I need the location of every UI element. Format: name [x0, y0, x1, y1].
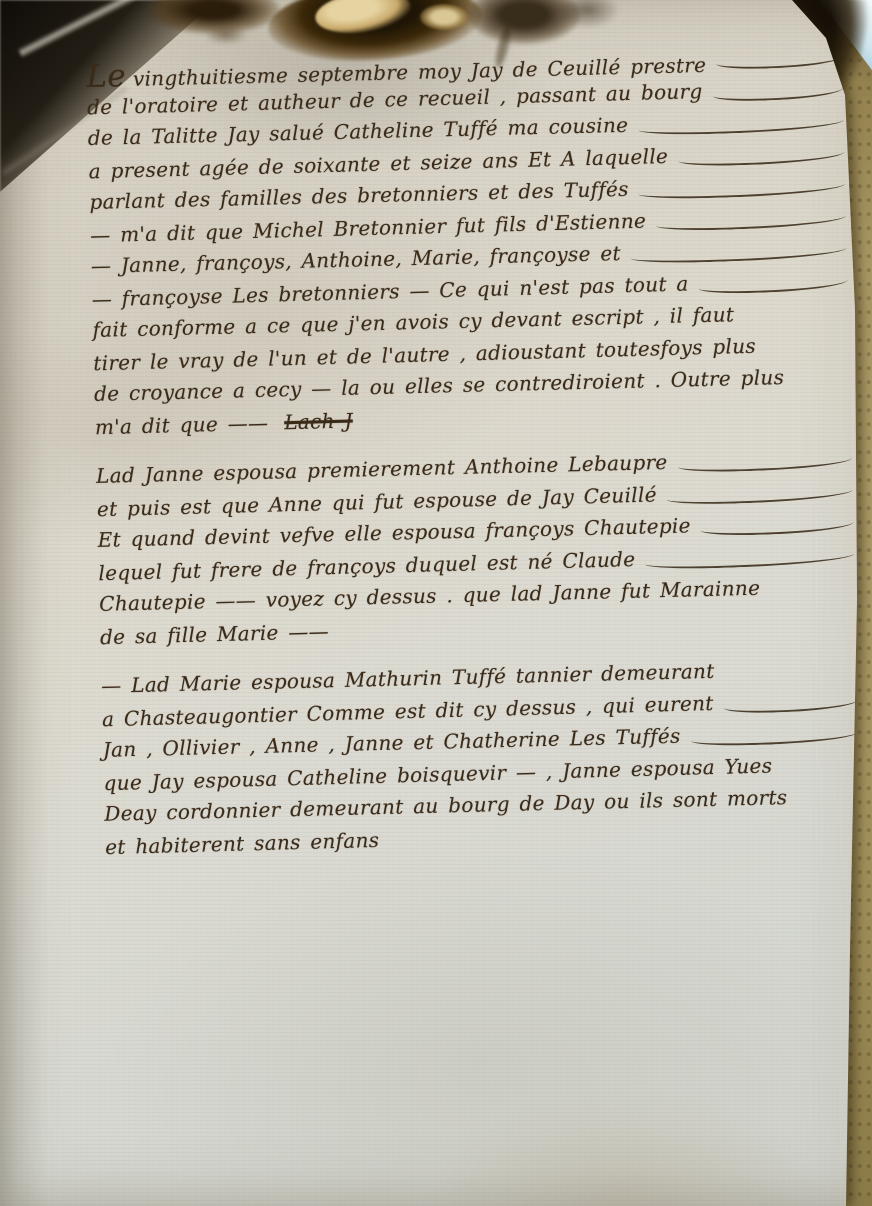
parchment-page-wrap: Levingthuitiesme septembre moy Jay de Ce… — [0, 0, 872, 1206]
line-filler-stroke — [656, 212, 846, 232]
line-filler-stroke — [698, 276, 847, 295]
line-filler-stroke — [638, 116, 844, 136]
top-edge-stain-left-drip — [205, 26, 247, 44]
line-text: m'a dit que —— — [95, 411, 269, 440]
line-filler-stroke — [716, 52, 842, 70]
line-text: — Lad Marie espousa Mathurin Tuffé tanni… — [101, 659, 715, 698]
struck-text: Lach J — [284, 408, 353, 434]
line-filler-stroke — [701, 518, 854, 537]
line-filler-stroke — [667, 486, 853, 506]
line-filler-stroke — [678, 148, 845, 168]
line-filler-stroke — [690, 728, 859, 747]
line-filler-stroke — [645, 549, 854, 570]
line-filler-stroke — [723, 696, 858, 714]
line-text: de sa fille Marie —— — [100, 619, 329, 649]
line-text: Lad Janne espousa premierement Anthoine … — [96, 450, 668, 488]
initial-capital: Le — [86, 61, 126, 93]
line-filler-stroke — [712, 84, 843, 102]
line-filler-stroke — [677, 454, 852, 473]
top-edge-stain-lump-small — [420, 4, 468, 30]
paragraph: — Lad Marie espousa Mathurin Tuffé tanni… — [101, 655, 863, 865]
paragraph: Lad Janne espousa premierement Anthoine … — [96, 445, 858, 655]
line-filler-stroke — [631, 244, 847, 265]
line-filler-stroke — [639, 180, 846, 200]
manuscript-photo: Levingthuitiesme septembre moy Jay de Ce… — [0, 0, 872, 1206]
parchment-page: Levingthuitiesme septembre moy Jay de Ce… — [0, 0, 872, 1206]
paragraph: Levingthuitiesme septembre moy Jay de Ce… — [86, 43, 853, 445]
text-block: Levingthuitiesme septembre moy Jay de Ce… — [86, 43, 864, 883]
